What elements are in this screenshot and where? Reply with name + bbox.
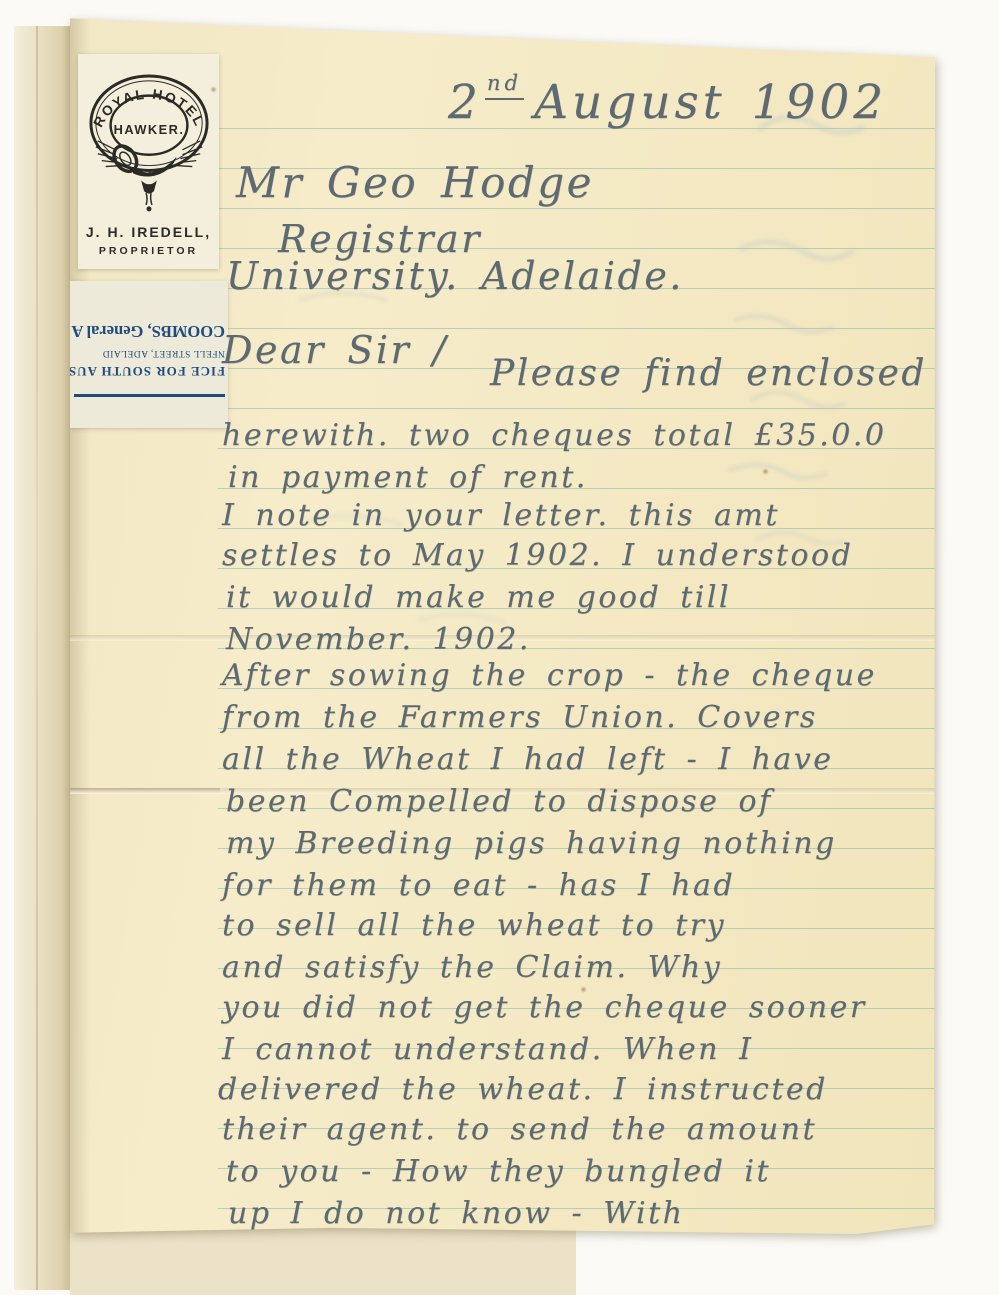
letter-body-line: from the Farmers Union. Covers	[222, 700, 818, 735]
letter-body-line: and satisfy the Claim. Why	[222, 950, 722, 985]
hotel-location: HAWKER.	[113, 122, 184, 137]
letter-body-line: herewith. two cheques total £35.0.0	[222, 418, 887, 453]
letter-body-line: settles to May 1902. I understood	[222, 538, 853, 573]
cornucopia-horn-icon	[95, 141, 201, 211]
letter-body-line: all the Wheat I had left - I have	[222, 742, 834, 777]
letter-body-line: for them to eat - has I had	[222, 868, 735, 903]
letter-body-line: to sell all the wheat to try	[222, 908, 726, 943]
letter-body-line: up I do not know - With	[228, 1196, 684, 1231]
date-ordinal: nd	[485, 70, 524, 100]
slip-print-line: COOMBS, General A	[70, 321, 225, 341]
letter-body-line: to you - How they bungled it	[226, 1154, 771, 1189]
foxing-spot	[762, 468, 769, 475]
date-line: 2ndAugust 1902	[448, 70, 887, 130]
slip-upside-down-print: FICE FOR SOUTH AUST NFELL STREET, ADELAI…	[70, 281, 228, 428]
letter-body-line: you did not get the cheque sooner	[222, 990, 867, 1025]
date-rest: August 1902	[534, 75, 887, 130]
letter-body-line: Please find enclosed	[490, 353, 927, 394]
letter-body-line: After sowing the crop - the cheque	[222, 658, 877, 693]
letter-body-line: November. 1902.	[226, 622, 531, 657]
proprietor-name: J. H. IREDELL,	[78, 224, 219, 240]
date-day: 2	[448, 75, 482, 130]
letter-body-line: my Breeding pigs having nothing	[226, 826, 837, 861]
recipient-line: Mr Geo Hodge	[236, 158, 594, 207]
foxing-spot	[210, 86, 217, 93]
fold-crease-left	[70, 788, 220, 794]
foxing-spot	[336, 288, 340, 292]
letter-body-line: I note in your letter. this amt	[222, 498, 780, 533]
letter-body-line: I cannot understand. When I	[222, 1032, 753, 1067]
scanned-letter-page: ROYAL HOTEL HAWKER. J. H. IREDELL,	[0, 0, 999, 1295]
letter-body-line: their agent. to send the amount	[222, 1112, 817, 1147]
slip-print-line: FICE FOR SOUTH AUST	[70, 363, 225, 379]
letter-body-line: been Compelled to dispose of	[226, 784, 773, 819]
pasted-address-slip: FICE FOR SOUTH AUST NFELL STREET, ADELAI…	[70, 281, 228, 428]
letter-body-line: it would make me good till	[226, 580, 731, 615]
letter-body-line: in payment of rent.	[228, 460, 588, 495]
slip-rule-line	[74, 394, 225, 397]
letterhead-label: ROYAL HOTEL HAWKER. J. H. IREDELL,	[78, 54, 219, 269]
letter-body-line: delivered the wheat. I instructed	[218, 1072, 828, 1107]
royal-hotel-logo: ROYAL HOTEL HAWKER.	[85, 58, 213, 218]
foxing-spot	[580, 986, 587, 993]
slip-print-line: NFELL STREET, ADELAID	[70, 348, 225, 358]
proprietor-title: PROPRIETOR	[78, 245, 219, 257]
salutation: Dear Sir /	[222, 328, 448, 372]
recipient-line: University. Adelaide.	[226, 254, 684, 298]
